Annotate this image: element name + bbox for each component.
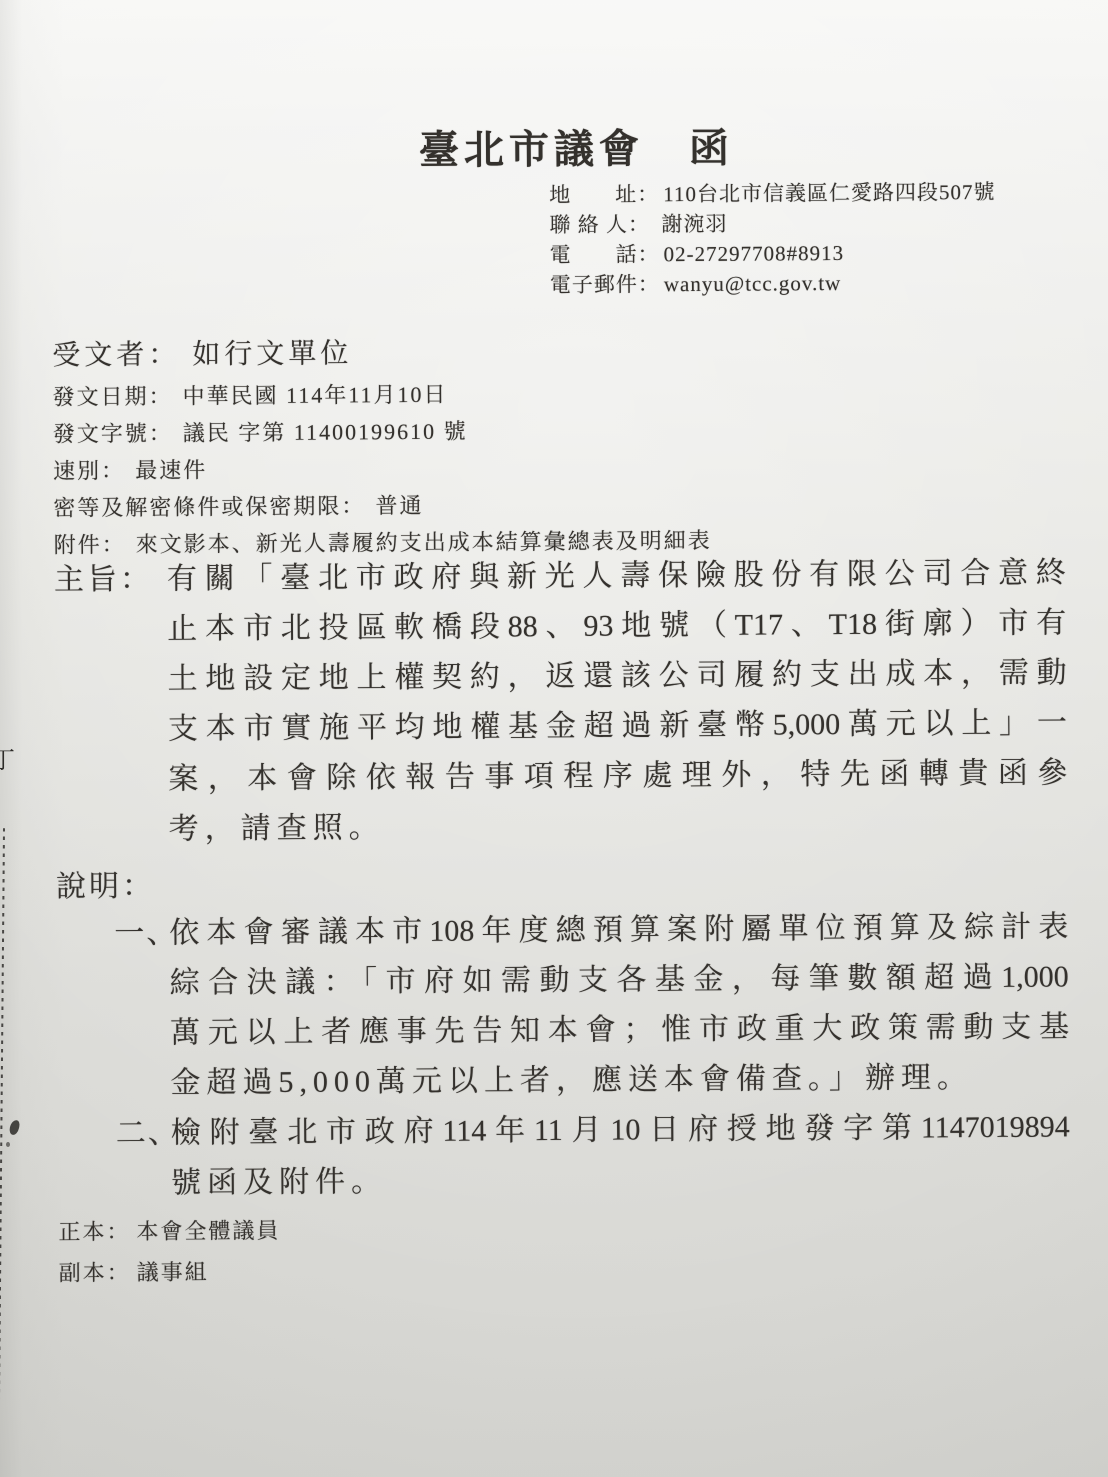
meta-value: 議民 字第 11400199610 號	[183, 419, 468, 446]
meta-value: 最速件	[135, 457, 207, 483]
contact-label: 電 話：	[550, 239, 660, 270]
contact-info-block: 地 址：110台北市信義區仁愛路四段507號 聯 絡 人：謝涴羽 電 話：02-…	[549, 177, 996, 300]
copy-label: 正本：	[58, 1219, 130, 1245]
contact-value: 謝涴羽	[661, 212, 727, 236]
contact-value: 02-27297708#8913	[664, 241, 845, 266]
metadata-block: 發文日期：中華民國 114年11月10日 發文字號：議民 字第 11400199…	[52, 374, 711, 564]
meta-row-classification: 密等及解密條件或保密期限：普通	[53, 485, 711, 527]
item-line: 綜合決議：「市府如需動支各基金，每筆數額超過1,000	[57, 952, 1069, 1009]
recipient-value: 如行文單位	[192, 338, 352, 370]
item-line: 金超過5,000萬元以上者，應送本會備查。」辦理。	[57, 1052, 1069, 1109]
explanation-item-2: 二、 檢附臺北市政府114年11月10日府授地發字第1147019894 號函及…	[58, 1102, 1071, 1209]
contact-label: 聯 絡 人：	[549, 209, 657, 240]
copies-block: 正本：本會全體議員 副本：議事組	[58, 1210, 281, 1294]
item-line: 萬元以上者應事先告知本會；惟市政重大政策需動支基	[57, 1002, 1069, 1059]
contact-label: 地 址：	[549, 179, 659, 210]
contact-row-email: 電子郵件：wanyu@tcc.gov.tw	[550, 267, 996, 300]
explanation-item-1: 一、 依本會審議本市108年度總預算案附屬單位預算及綜計表 綜合決議：「市府如需…	[56, 902, 1069, 1109]
copy-label: 副本：	[59, 1260, 131, 1286]
meta-label: 密等及解密條件或保密期限：	[53, 493, 365, 520]
item-line: 依本會審議本市108年度總預算案附屬單位預算及綜計表	[56, 902, 1068, 959]
subject-line: 止本市北投區軟橋段88、93地號（T17、T18街廓）市有	[54, 598, 1066, 655]
item-marker: 一、	[114, 909, 178, 959]
recipient-label: 受文者：	[52, 340, 180, 372]
contact-value: 110台北市信義區仁愛路四段507號	[663, 180, 995, 206]
copy-value: 議事組	[137, 1259, 209, 1285]
meta-row-speed: 速別：最速件	[53, 448, 711, 490]
contact-label: 電子郵件：	[550, 269, 660, 300]
meta-value: 普通	[375, 493, 423, 518]
meta-value: 中華民國 114年11月10日	[183, 382, 448, 409]
recipient-row: 受文者：如行文單位	[52, 331, 352, 373]
contact-row-phone: 電 話：02-27297708#8913	[550, 237, 996, 270]
duplicate-copy-row: 副本：議事組	[59, 1251, 281, 1294]
meta-label: 發文日期：	[53, 384, 173, 410]
item-line: 檢附臺北市政府114年11月10日府授地發字第1147019894	[58, 1102, 1070, 1159]
meta-label: 速別：	[53, 458, 125, 484]
item-marker: 二、	[116, 1109, 180, 1159]
item-line: 號函及附件。	[58, 1152, 1070, 1209]
subject-line: 支本市實施平均地權基金超過新臺幣5,000萬元以上」一	[55, 698, 1067, 755]
subject-line: 有關「臺北市政府與新光人壽保險股份有限公司合意終	[54, 548, 1066, 605]
meta-label: 附件：	[54, 532, 126, 558]
document-title: 臺北市議會 函	[419, 117, 734, 176]
meta-label: 發文字號：	[53, 421, 173, 447]
contact-row-address: 地 址：110台北市信義區仁愛路四段507號	[549, 177, 995, 210]
subject-label: 主旨：	[54, 555, 153, 606]
subject-line: 案，本會除依報告事項程序處理外，特先函轉貴函參	[55, 748, 1067, 805]
contact-value: wanyu@tcc.gov.tw	[664, 271, 842, 296]
explanation-list: 一、 依本會審議本市108年度總預算案附屬單位預算及綜計表 綜合決議：「市府如需…	[56, 902, 1070, 1209]
meta-row-docnumber: 發文字號：議民 字第 11400199610 號	[53, 411, 711, 453]
copy-value: 本會全體議員	[136, 1218, 280, 1244]
meta-row-date: 發文日期：中華民國 114年11月10日	[52, 374, 710, 416]
subject-line: 考，請查照。	[55, 798, 1067, 855]
contact-row-person: 聯 絡 人：謝涴羽	[549, 207, 995, 240]
subject-line: 土地設定地上權契約，返還該公司履約支出成本，需動	[54, 648, 1066, 705]
explanation-heading: 說明：	[56, 861, 155, 906]
document-page: 臺北市議會 函 地 址：110台北市信義區仁愛路四段507號 聯 絡 人：謝涴羽…	[0, 0, 1108, 1477]
original-copy-row: 正本：本會全體議員	[58, 1210, 280, 1253]
subject-block: 主旨： 有關「臺北市政府與新光人壽保險股份有限公司合意終 止本市北投區軟橋段88…	[54, 548, 1068, 855]
